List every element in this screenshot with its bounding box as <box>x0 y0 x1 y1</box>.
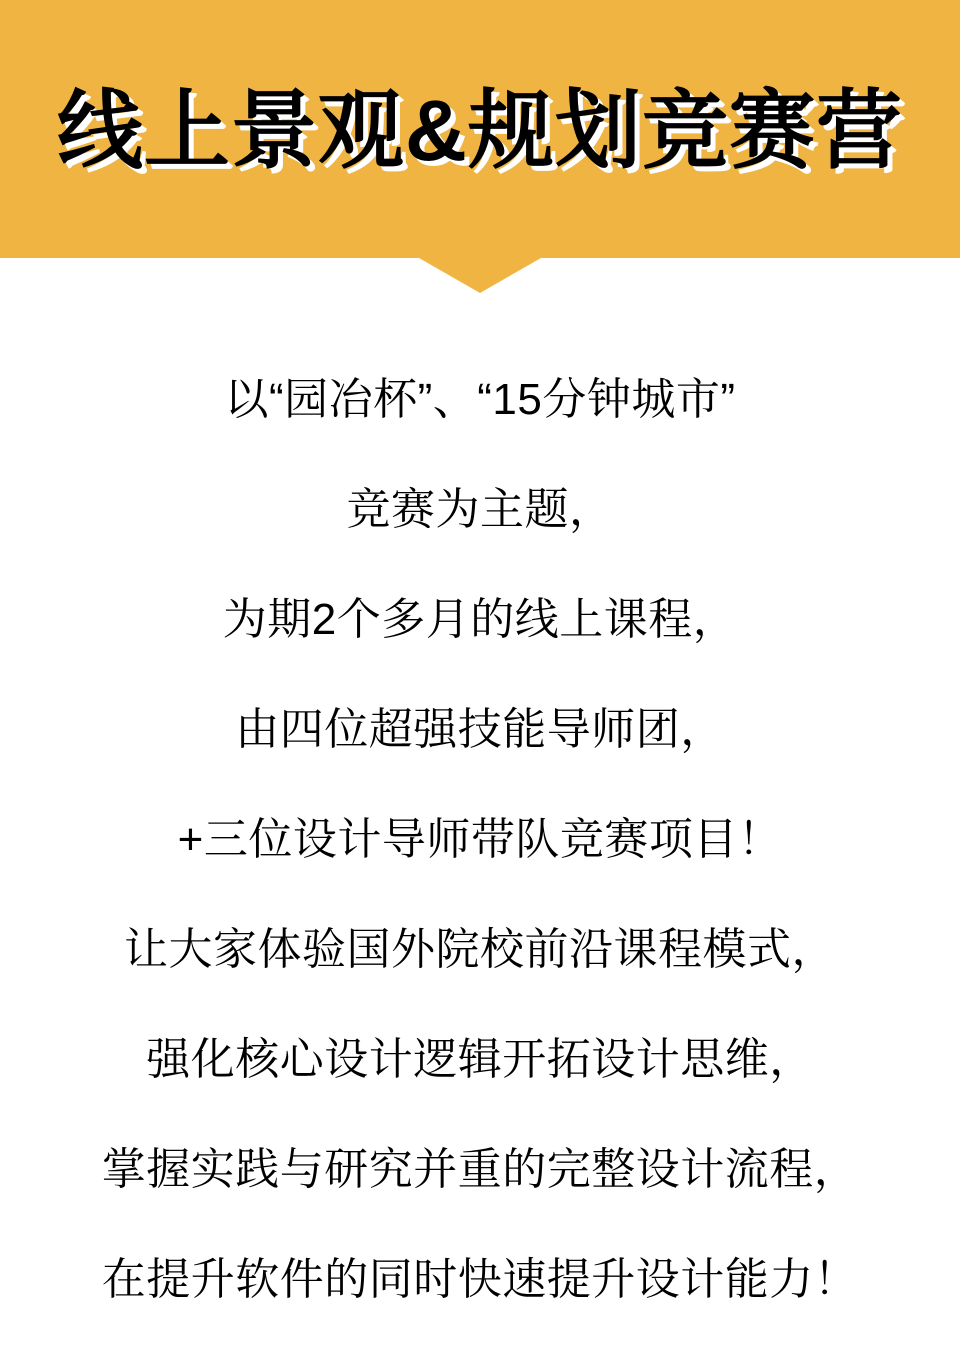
banner-notch-arrow-icon <box>419 258 541 293</box>
banner-title: 线上景观&规划竞赛营 <box>57 61 903 185</box>
intro-text-block: 以“园冶杯”、“15分钟城市” 竞赛为主题， 为期2个多月的线上课程， 由四位超… <box>0 345 960 1335</box>
intro-line: 让大家体验国外院校前沿课程模式， <box>0 895 960 1005</box>
header-banner: 线上景观&规划竞赛营 <box>0 0 960 258</box>
intro-line: 以“园冶杯”、“15分钟城市” <box>0 345 960 455</box>
intro-line: 为期2个多月的线上课程， <box>0 565 960 675</box>
intro-line: 由四位超强技能导师团， <box>0 675 960 785</box>
intro-line: 竞赛为主题， <box>0 455 960 565</box>
intro-line: +三位设计导师带队竞赛项目！ <box>0 785 960 895</box>
intro-line: 在提升软件的同时快速提升设计能力！ <box>0 1225 960 1335</box>
intro-line: 掌握实践与研究并重的完整设计流程， <box>0 1115 960 1225</box>
intro-line: 强化核心设计逻辑开拓设计思维， <box>0 1005 960 1115</box>
